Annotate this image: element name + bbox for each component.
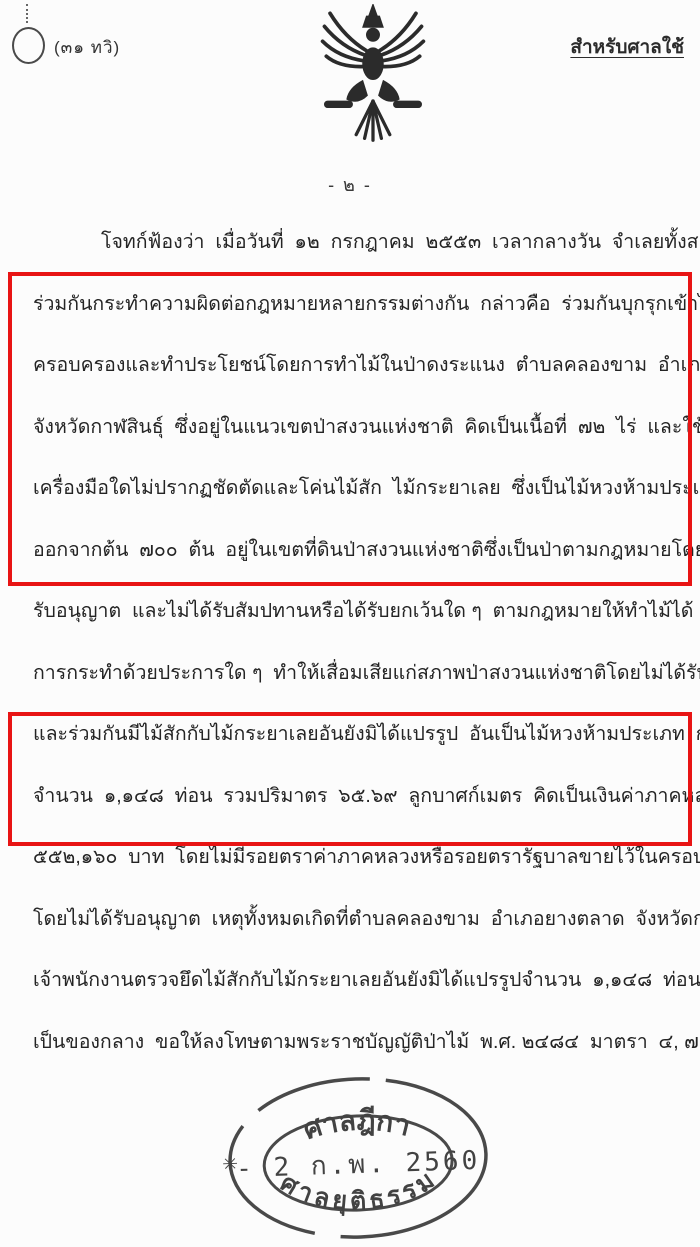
text-line: ร่วมกันกระทำความผิดต่อกฎหมายหลายกรรมต่าง…: [33, 274, 681, 336]
text-line: โจทก์ฟ้องว่า เมื่อวันที่ ๑๒ กรกฎาคม ๒๕๕๓…: [33, 212, 681, 274]
text-line: เครื่องมือใดไม่ปรากฏชัดตัดและโค่นไม้สัก …: [33, 458, 681, 520]
text-line: ๕๕๒,๑๖๐ บาท โดยไม่มีรอยตราค่าภาคหลวงหรือ…: [33, 827, 681, 889]
text-line: และร่วมกันมีไม้สักกับไม้กระยาเลยอันยังมิ…: [33, 704, 681, 766]
court-use-label: สำหรับศาลใช้: [570, 32, 684, 62]
stamp-court-name: ศาลฎีกา: [299, 1103, 415, 1146]
form-number-label: (๓๑ ทวิ): [54, 34, 120, 61]
text-line: การกระทำด้วยประการใด ๆ ทำให้เสื่อมเสียแก…: [33, 643, 681, 705]
punch-hole-circle: [12, 27, 45, 64]
page-number: - ๒ -: [0, 170, 700, 199]
text-line: โดยไม่ได้รับอนุญาต เหตุทั้งหมดเกิดที่ตำบ…: [33, 889, 681, 951]
garuda-emblem-icon: [317, 4, 429, 154]
court-document-page: (๓๑ ทวิ): [0, 0, 700, 1247]
stamp-star-icon: ✳: [222, 1154, 239, 1176]
text-line: รับอนุญาต และไม่ได้รับสัมปทานหรือได้รับย…: [33, 581, 681, 643]
text-line: เป็นของกลาง ขอให้ลงโทษตามพระราชบัญญัติป่…: [33, 1012, 681, 1074]
text-line: ออกจากต้น ๗๐๐ ต้น อยู่ในเขตที่ดินป่าสงวน…: [33, 520, 681, 582]
court-stamp: ศาลฎีกา - 2 ก.พ. 2560 ศาลยุติธรรม ✳: [219, 1067, 497, 1247]
text-line: จำนวน ๑,๑๔๘ ท่อน รวมปริมาตร ๖๕.๖๙ ลูกบาศ…: [33, 766, 681, 828]
text-line: จังหวัดกาฬสินธุ์ ซึ่งอยู่ในแนวเขตป่าสงวน…: [33, 397, 681, 459]
punch-tick-mark: [26, 4, 28, 23]
plaint-paragraph: โจทก์ฟ้องว่า เมื่อวันที่ ๑๒ กรกฎาคม ๒๕๕๓…: [33, 212, 681, 1073]
text-line: เจ้าพนักงานตรวจยึดไม้สักกับไม้กระยาเลยอั…: [33, 950, 681, 1012]
text-line: ครอบครองและทำประโยชน์โดยการทำไม้ในป่าดงร…: [33, 335, 681, 397]
